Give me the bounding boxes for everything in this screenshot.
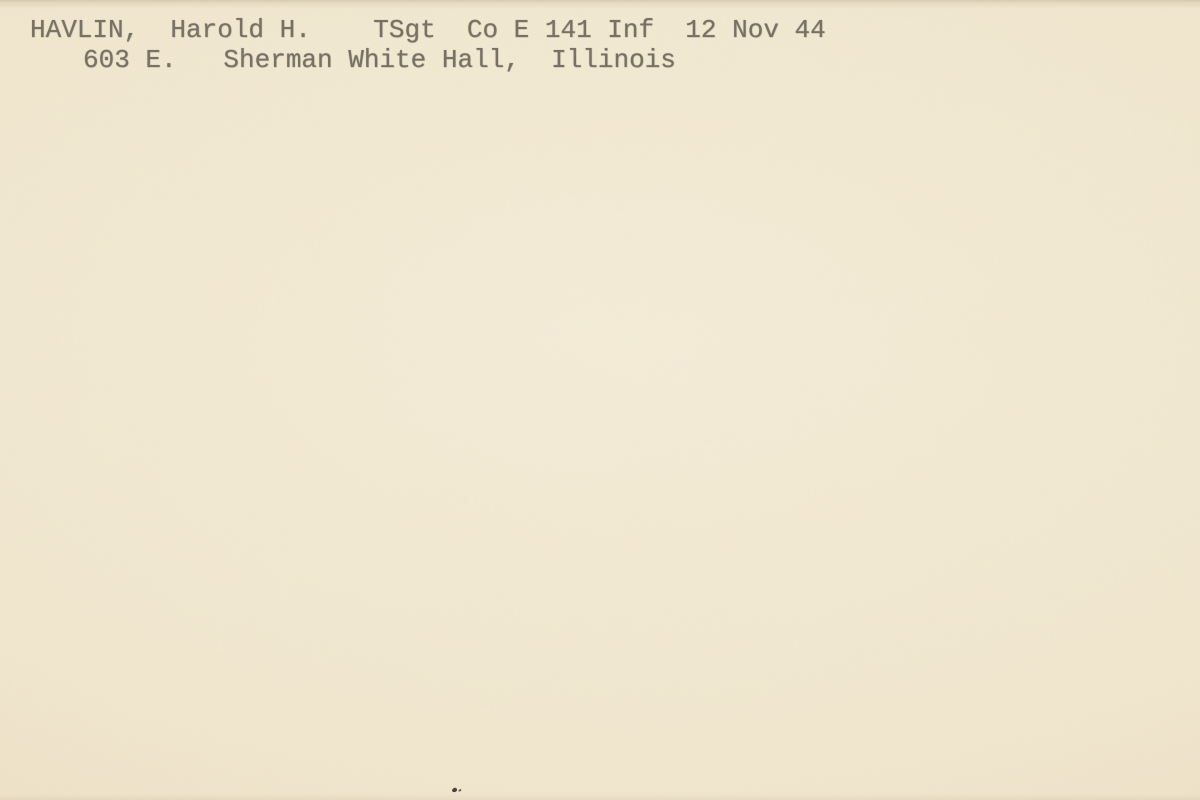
typed-line-name-rank-unit-date: HAVLIN, Harold H. TSgt Co E 141 Inf 12 N… bbox=[30, 15, 826, 45]
paper-texture bbox=[0, 0, 1200, 800]
typed-line-address: 603 E. Sherman White Hall, Illinois bbox=[83, 45, 676, 75]
ink-speck bbox=[452, 787, 458, 792]
index-card: HAVLIN, Harold H. TSgt Co E 141 Inf 12 N… bbox=[0, 0, 1200, 800]
